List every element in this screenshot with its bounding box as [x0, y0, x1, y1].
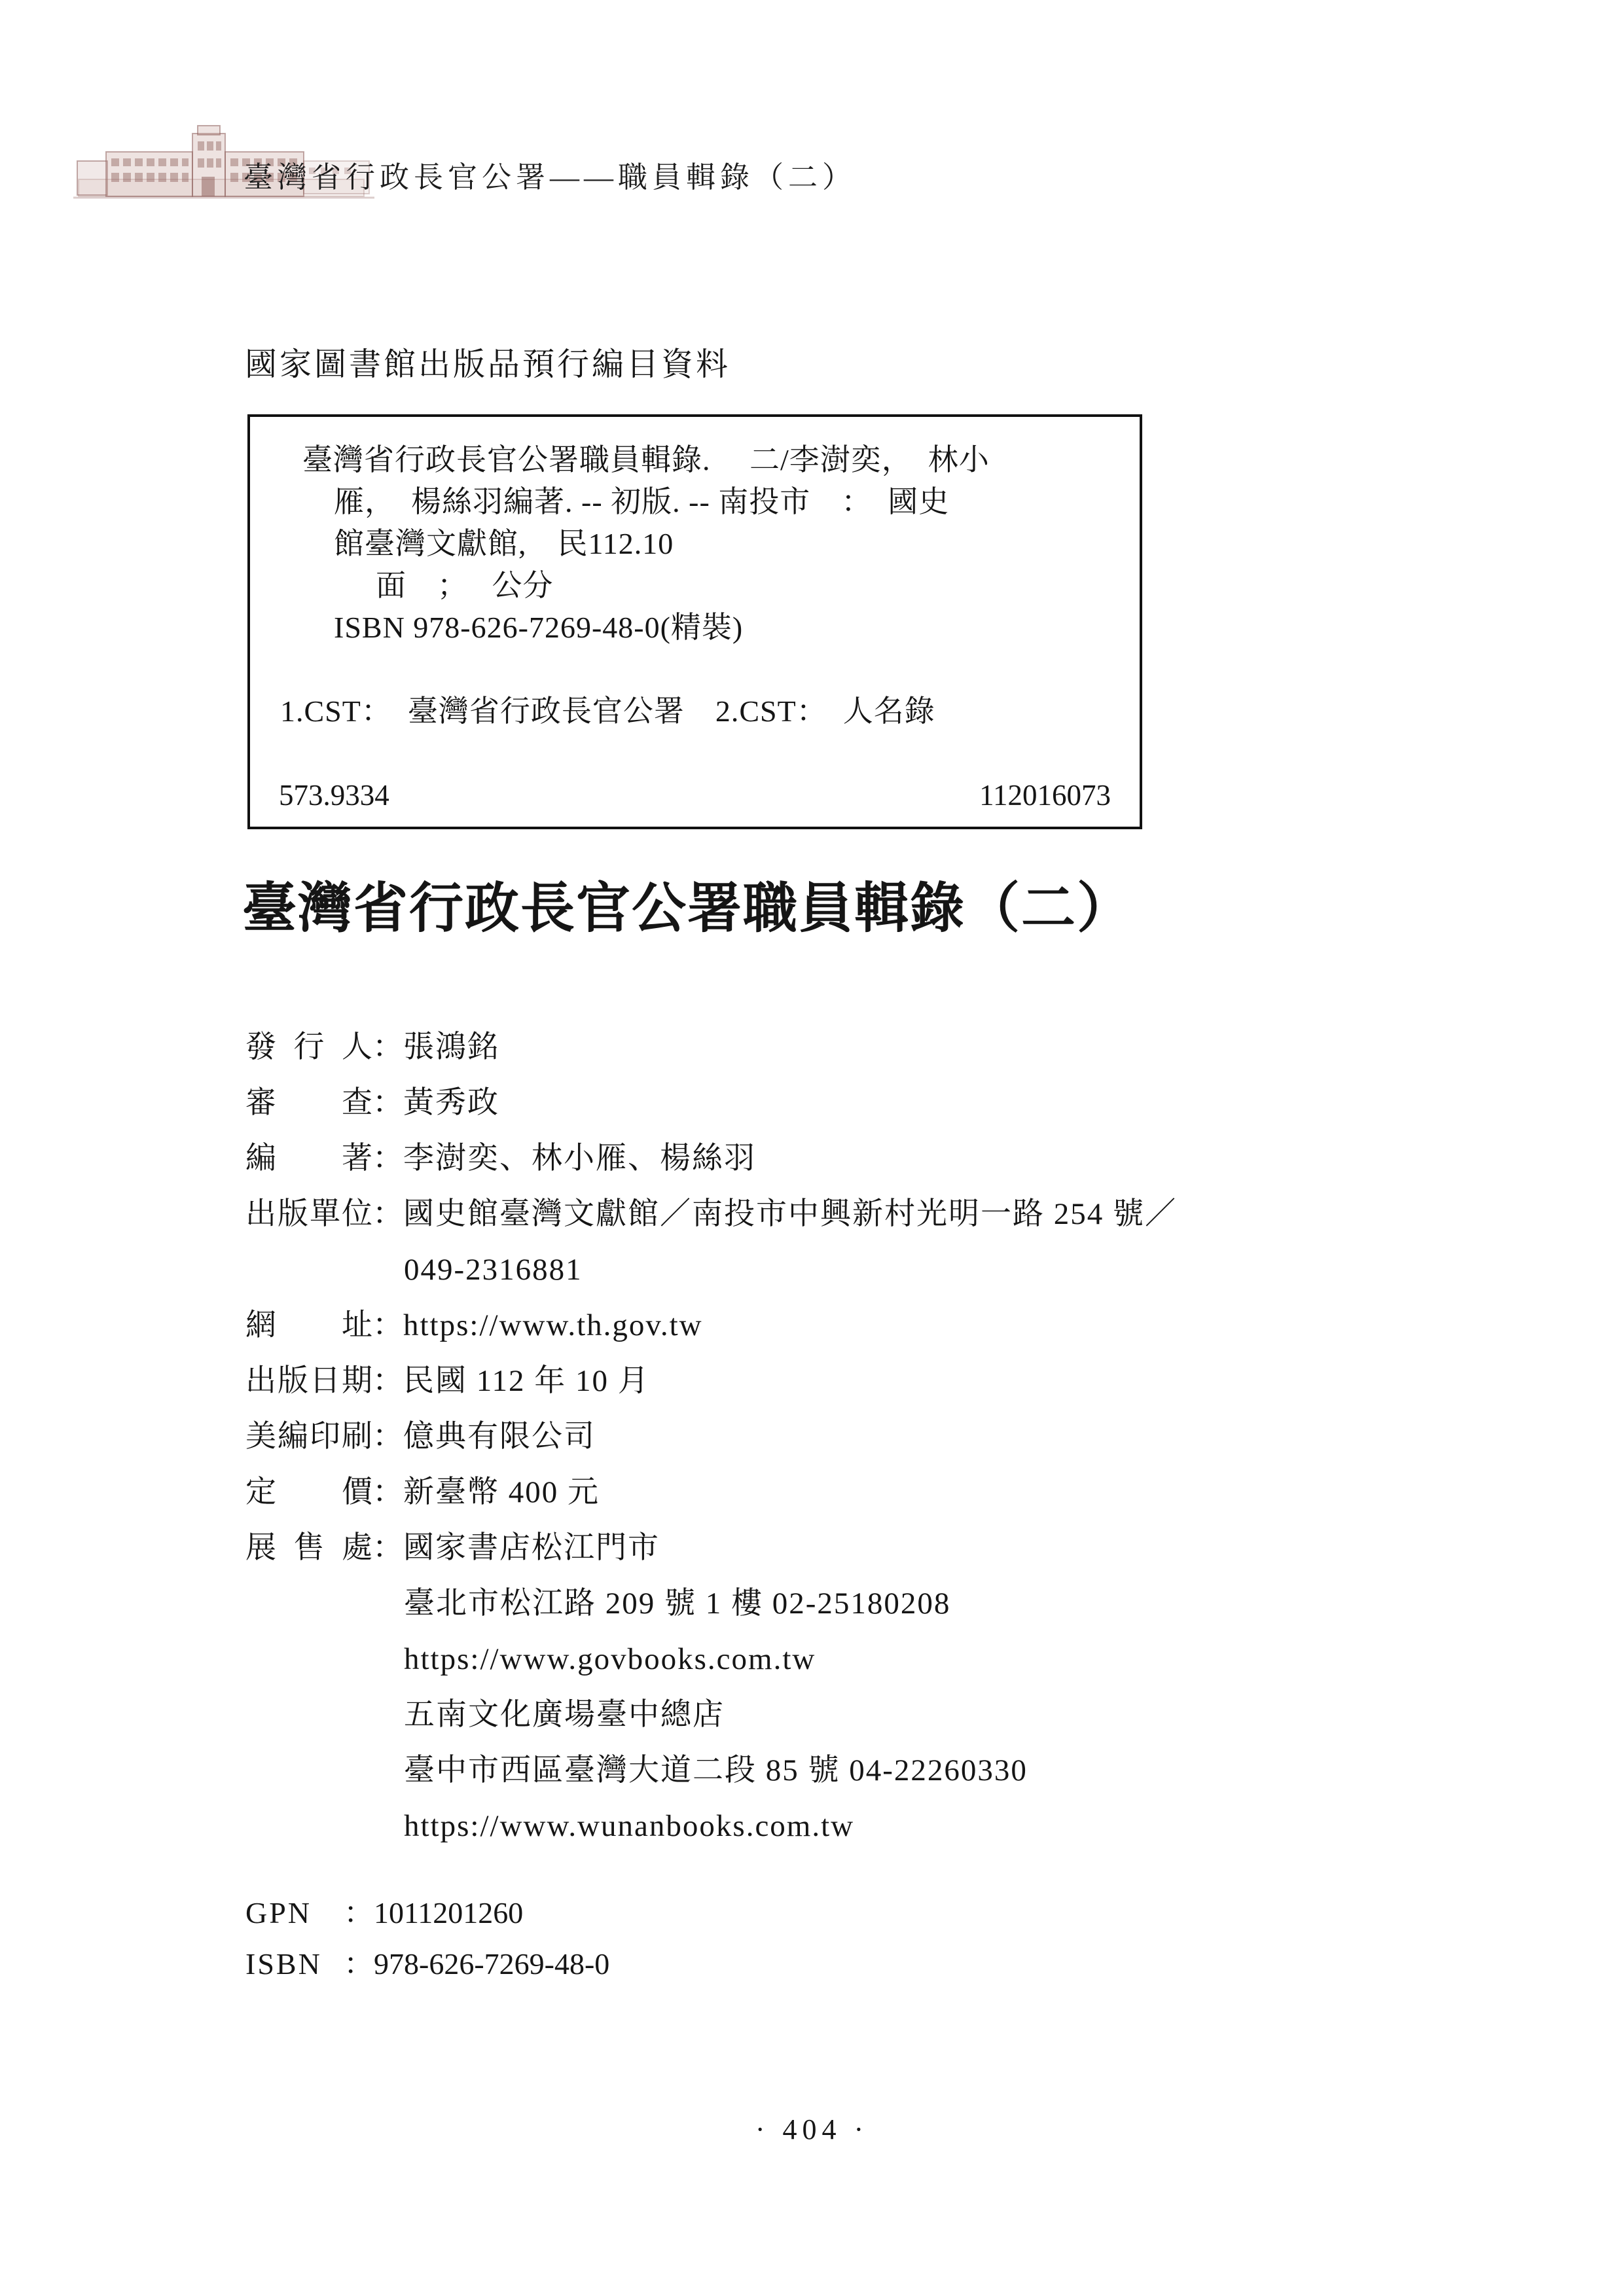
cip-box: 臺灣省行政長官公署職員輯錄. 二/李澍奕， 林小 雁， 楊絲羽編著. -- 初版…	[247, 414, 1142, 829]
gpn-row: GPN：1011201260	[245, 1888, 609, 1939]
colophon-subline-store: 五南文化廣場臺中總店	[245, 1687, 1489, 1743]
colophon-value: 五南文化廣場臺中總店	[404, 1698, 725, 1732]
colophon-colon: ：	[372, 1197, 403, 1231]
colophon-row-design-printing: 美編印刷：億典有限公司	[245, 1409, 1489, 1465]
cip-caption: 國家圖書館出版品預行編目資料	[245, 344, 731, 385]
colophon-value: 臺北市松江路 209 號 1 樓 02-25180208	[404, 1587, 950, 1621]
book-title: 臺灣省行政長官公署職員輯錄（二）	[242, 876, 1132, 941]
colophon-row-reviewer: 審查：黃秀政	[245, 1075, 1489, 1131]
colophon-label: 定價	[245, 1465, 372, 1520]
colophon-label: 審查	[245, 1075, 372, 1131]
colophon-colon: ：	[372, 1086, 403, 1120]
cip-classification-number: 573.9334	[279, 778, 389, 812]
gpn-value: 1011201260	[374, 1896, 523, 1929]
colophon-value: 新臺幣 400 元	[403, 1475, 600, 1509]
colophon-value: 李澍奕、林小雁、楊絲羽	[403, 1141, 756, 1175]
colophon-label: 出版單位	[245, 1187, 372, 1242]
colophon-value: 億典有限公司	[403, 1420, 596, 1454]
colophon-row-editors: 編著：李澍奕、林小雁、楊絲羽	[245, 1131, 1489, 1187]
colophon-value-url: https://www.govbooks.com.tw	[404, 1642, 816, 1676]
colophon-row-price: 定價：新臺幣 400 元	[245, 1465, 1489, 1520]
colophon-value: 國家書店松江門市	[403, 1531, 660, 1565]
colophon-colon: ：	[372, 1531, 403, 1565]
cip-line: 面 ； 公分	[376, 565, 1140, 607]
colophon-colon: ：	[372, 1030, 403, 1064]
cip-record-number: 112016073	[979, 778, 1111, 812]
colophon-label: 發行人	[245, 1020, 372, 1075]
book-colophon-page: 臺灣省行政長官公署——職員輯錄（二） 國家圖書館出版品預行編目資料 臺灣省行政長…	[0, 0, 1624, 2296]
identifier-block: GPN：1011201260 ISBN：978-626-7269-48-0	[245, 1888, 609, 1990]
colophon-label: 美編印刷	[245, 1409, 372, 1465]
colophon-value: 黃秀政	[403, 1086, 499, 1120]
colophon-row-sales-outlets: 展售處：國家書店松江門市	[245, 1520, 1489, 1576]
colophon-label: 網址	[245, 1298, 372, 1354]
colophon-row-website: 網址：https://www.th.gov.tw	[245, 1298, 1489, 1354]
colophon-subline-url: https://www.govbooks.com.tw	[245, 1632, 1489, 1687]
running-header-title: 臺灣省行政長官公署——職員輯錄（二）	[244, 157, 856, 198]
cip-line: 雁， 楊絲羽編著. -- 初版. -- 南投市 ： 國史	[334, 481, 1140, 523]
gpn-label: GPN	[245, 1888, 344, 1939]
colophon-subline-url: https://www.wunanbooks.com.tw	[245, 1799, 1489, 1854]
colophon-value: 民國 112 年 10 月	[403, 1364, 650, 1398]
colophon-subline-phone: 049-2316881	[245, 1242, 1489, 1298]
isbn-label: ISBN	[245, 1939, 344, 1990]
colophon-colon: ：	[372, 1308, 403, 1342]
colophon-value-url: https://www.wunanbooks.com.tw	[404, 1809, 854, 1843]
isbn-row: ISBN：978-626-7269-48-0	[245, 1939, 609, 1990]
colophon-colon: ：	[372, 1420, 403, 1454]
isbn-value: 978-626-7269-48-0	[374, 1947, 609, 1981]
cip-line: 館臺灣文獻館, 民112.10	[334, 523, 1140, 565]
colophon-row-issuer: 發行人：張鴻銘	[245, 1020, 1489, 1075]
cip-subject-line: 1.CST： 臺灣省行政長官公署 2.CST： 人名錄	[280, 691, 1140, 732]
colophon-row-publish-date: 出版日期：民國 112 年 10 月	[245, 1354, 1489, 1409]
colophon-subline-address: 臺中市西區臺灣大道二段 85 號 04-22260330	[245, 1743, 1489, 1799]
colophon-row-publishing-unit: 出版單位：國史館臺灣文獻館／南投市中興新村光明一路 254 號／	[245, 1187, 1489, 1242]
page-number: · 404 ·	[0, 2113, 1624, 2146]
cip-line: 臺灣省行政長官公署職員輯錄. 二/李澍奕， 林小	[302, 439, 1140, 481]
colophon-colon: ：	[372, 1364, 403, 1398]
colophon-colon: ：	[372, 1141, 403, 1175]
colophon-colon: ：	[372, 1475, 403, 1509]
ids-colon: ：	[344, 1947, 374, 1981]
colophon: 發行人：張鴻銘 審查：黃秀政 編著：李澍奕、林小雁、楊絲羽 出版單位：國史館臺灣…	[245, 1020, 1489, 1854]
cip-bottom-row: 573.9334 112016073	[279, 778, 1111, 812]
colophon-value-url: https://www.th.gov.tw	[403, 1308, 703, 1342]
colophon-value: 049-2316881	[404, 1253, 583, 1287]
colophon-label: 展售處	[245, 1520, 372, 1576]
colophon-value: 國史館臺灣文獻館／南投市中興新村光明一路 254 號／	[403, 1197, 1177, 1231]
cip-line: ISBN 978-626-7269-48-0(精裝)	[334, 607, 1140, 649]
colophon-value: 臺中市西區臺灣大道二段 85 號 04-22260330	[404, 1753, 1028, 1787]
ids-colon: ：	[344, 1896, 374, 1929]
colophon-subline-address: 臺北市松江路 209 號 1 樓 02-25180208	[245, 1576, 1489, 1632]
colophon-label: 出版日期	[245, 1354, 372, 1409]
colophon-value: 張鴻銘	[403, 1030, 499, 1064]
colophon-label: 編著	[245, 1131, 372, 1187]
